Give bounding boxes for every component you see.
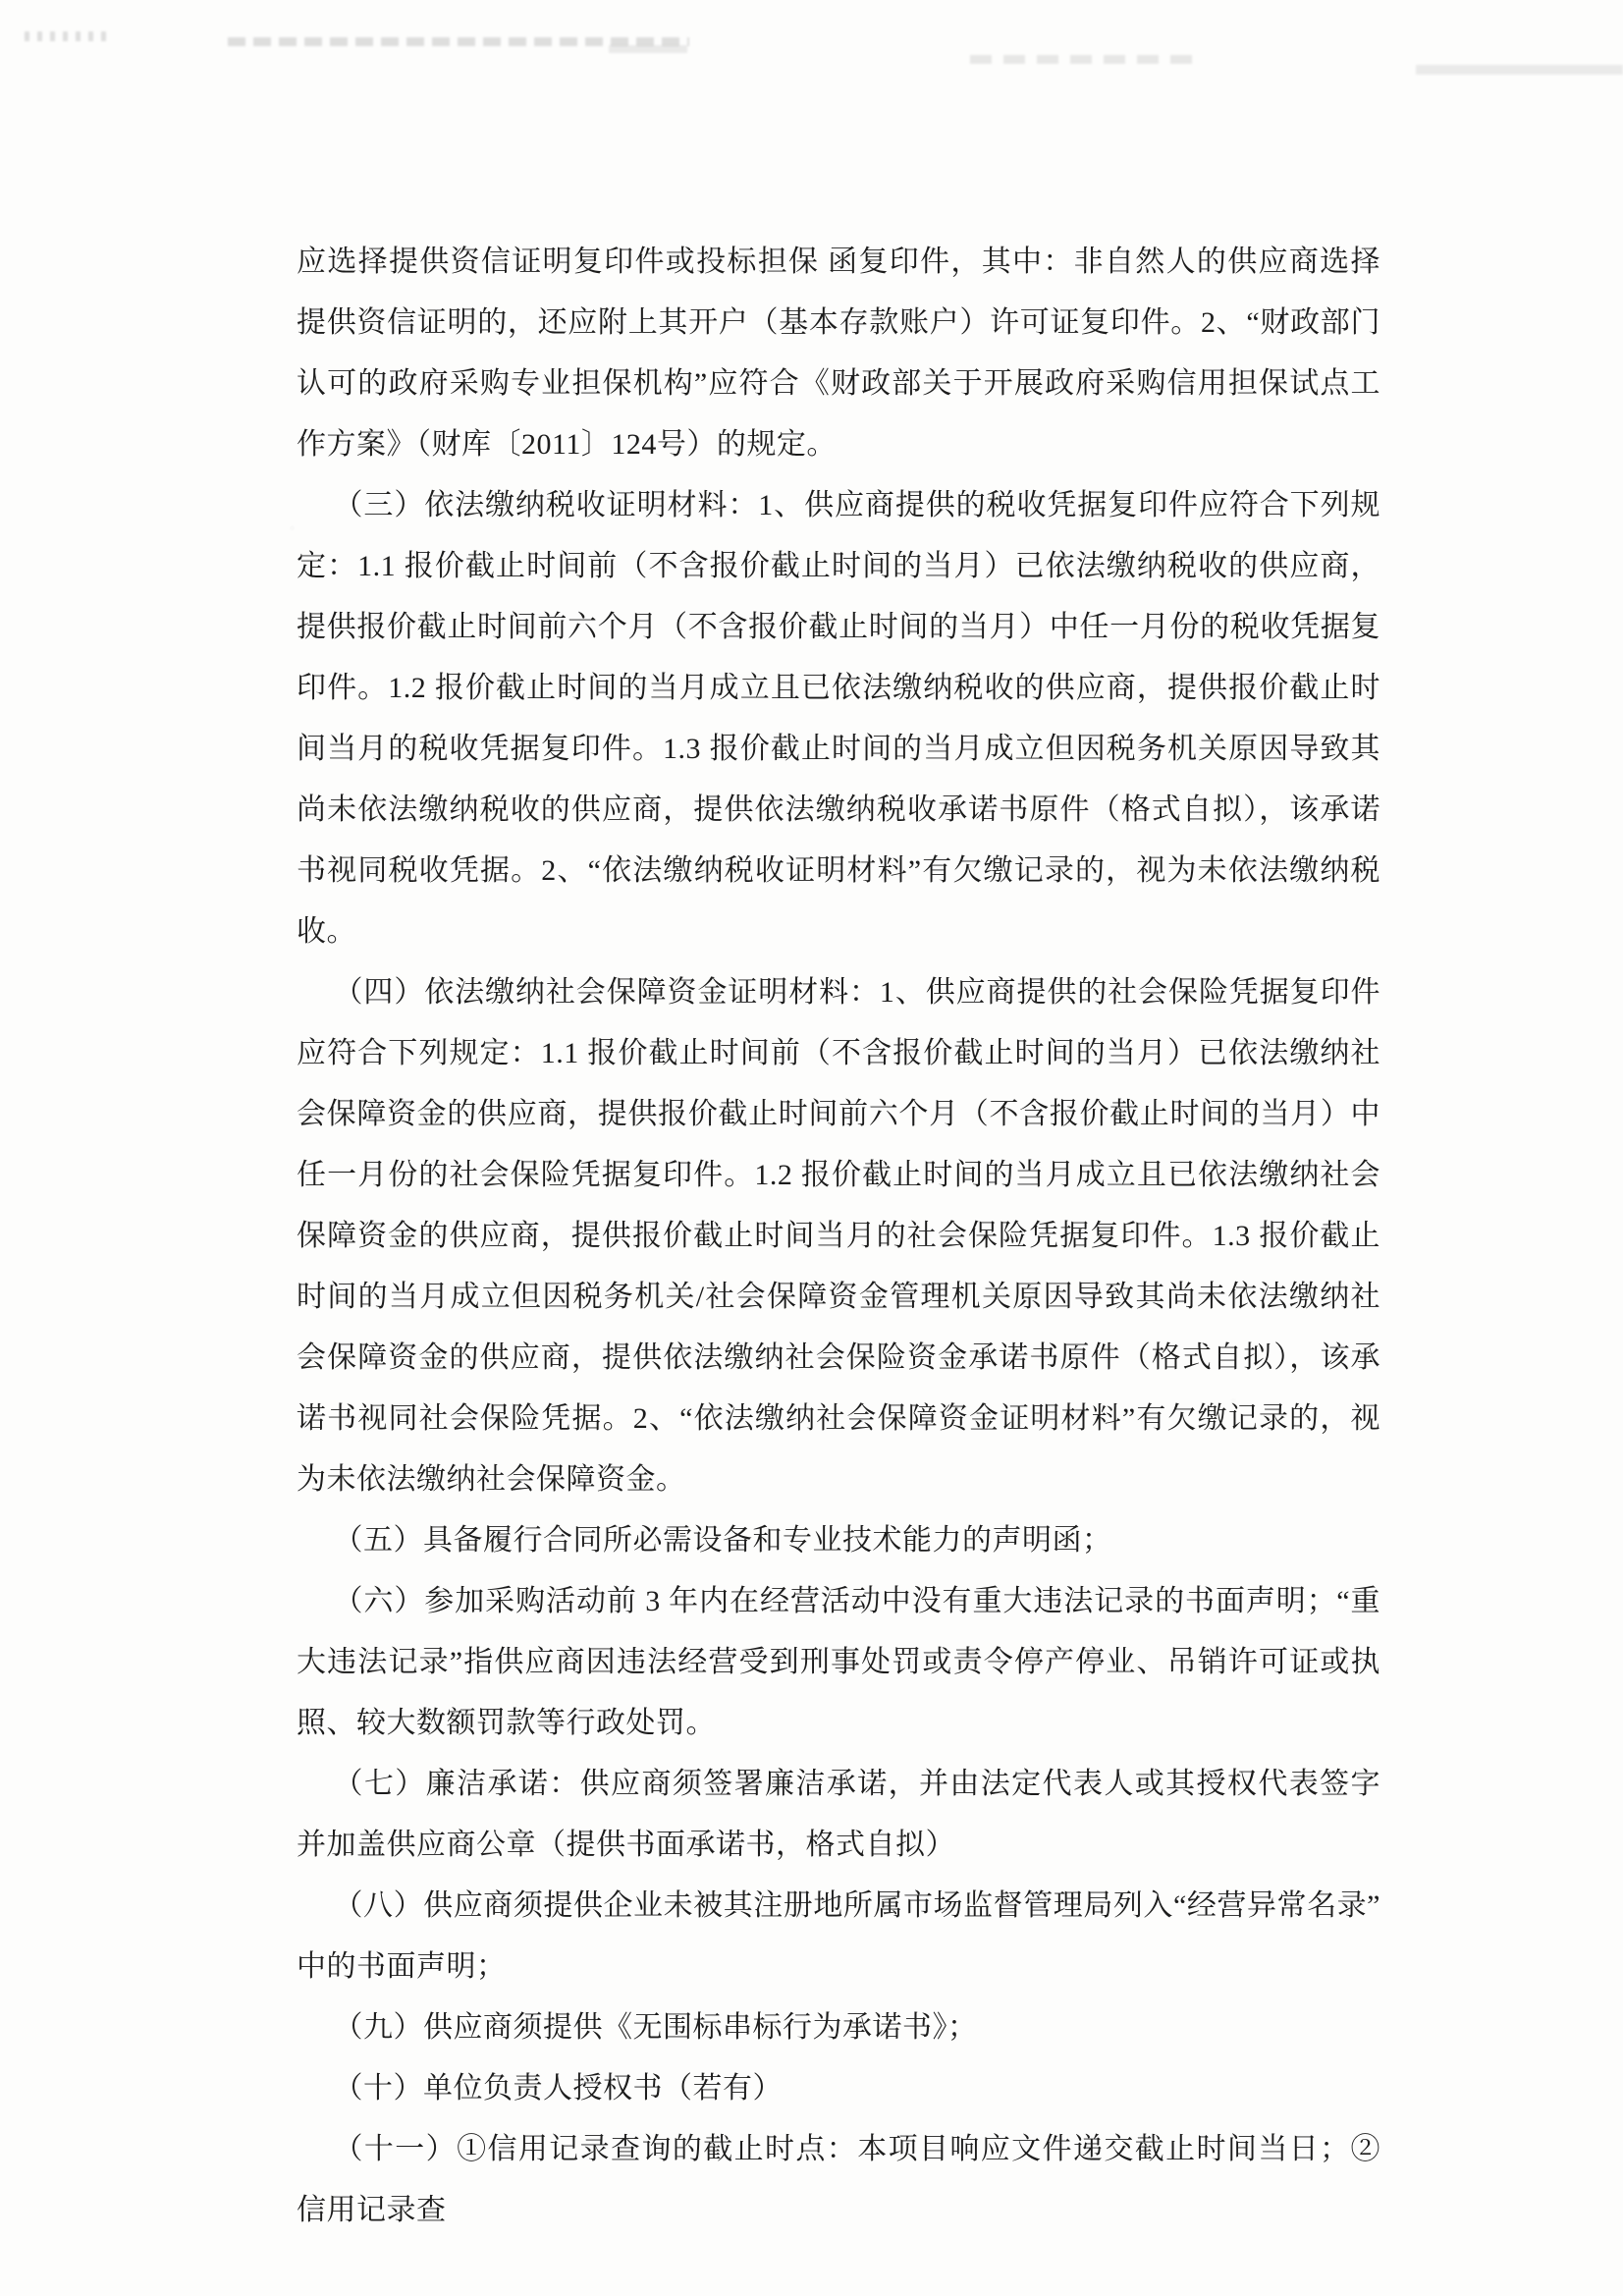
paragraph-item-11-credit-record: （十一）①信用记录查询的截止时点：本项目响应文件递交截止时间当日；②信用记录查: [297, 2119, 1380, 2241]
paragraph-item-4-social-security: （四）依法缴纳社会保障资金证明材料：1、供应商提供的社会保险凭据复印件应符合下列…: [297, 962, 1380, 1510]
paragraph-item-7-integrity-commitment: （七）廉洁承诺：供应商须签署廉洁承诺，并由法定代表人或其授权代表签字并加盖供应商…: [297, 1754, 1380, 1876]
scan-artifact-top-streak: [228, 37, 689, 46]
scan-artifact-top-left: [25, 31, 113, 41]
paragraph-item-8-abnormal-operation-list: （八）供应商须提供企业未被其注册地所属市场监督管理局列入“经营异常名录”中的书面…: [297, 1876, 1380, 1997]
paragraph-item-3-tax-payment: （三）依法缴纳税收证明材料：1、供应商提供的税收凭据复印件应符合下列规定：1.1…: [297, 475, 1380, 962]
scan-artifact-top-center: [970, 55, 1196, 64]
paragraph-item-9-no-bid-rigging: （九）供应商须提供《无围标串标行为承诺书》；: [297, 1997, 1380, 2058]
scan-artifact-top-right: [1416, 65, 1623, 75]
paragraph-item-5-equipment-capability: （五）具备履行合同所必需设备和专业技术能力的声明函；: [297, 1510, 1380, 1571]
document-body-text: 应选择提供资信证明复印件或投标担保 函复印件，其中：非自然人的供应商选择提供资信…: [297, 232, 1380, 2241]
document-page: 应选择提供资信证明复印件或投标担保 函复印件，其中：非自然人的供应商选择提供资信…: [0, 0, 1623, 2296]
paragraph-item-6-no-major-violation: （六）参加采购活动前 3 年内在经营活动中没有重大违法记录的书面声明；“重大违法…: [297, 1571, 1380, 1754]
scan-artifact-top-smudge: [609, 45, 687, 53]
paragraph-item-10-authorization-letter: （十）单位负责人授权书（若有）: [297, 2058, 1380, 2119]
paragraph-credit-guarantee-continuation: 应选择提供资信证明复印件或投标担保 函复印件，其中：非自然人的供应商选择提供资信…: [297, 232, 1380, 475]
